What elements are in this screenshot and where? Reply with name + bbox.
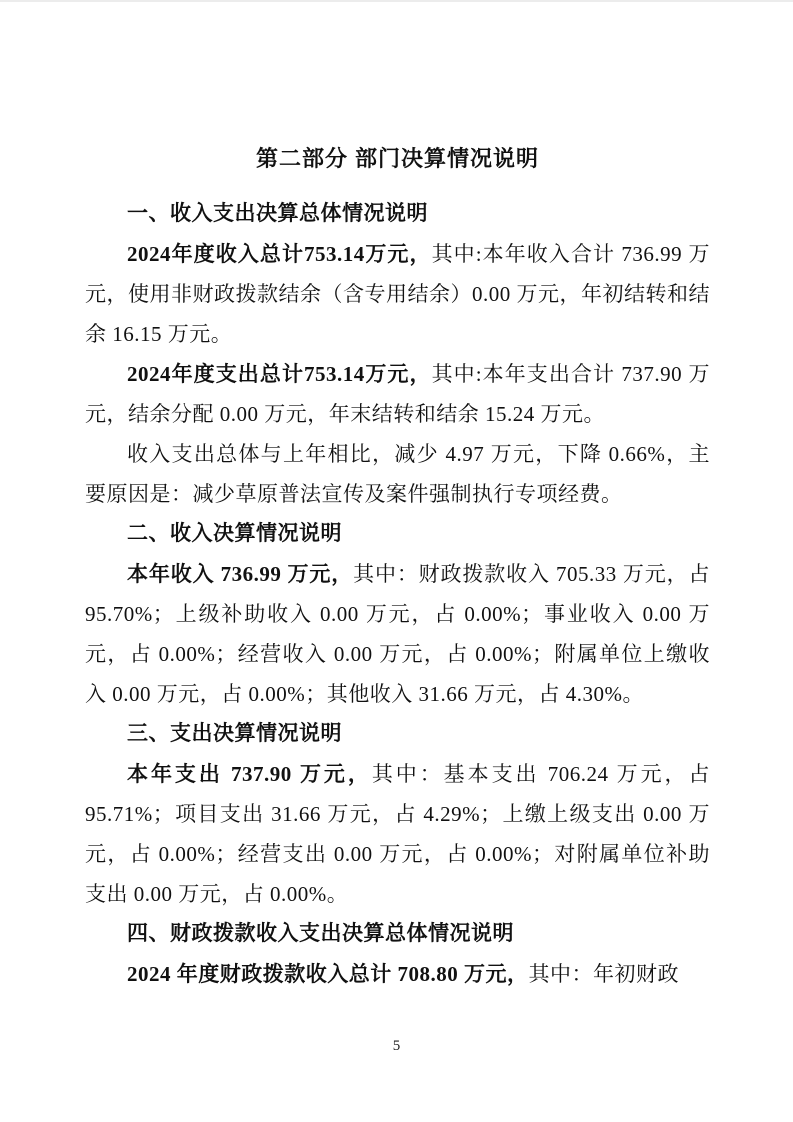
paragraph-bold-lead: 本年支出 737.90 万元，	[127, 762, 372, 786]
document-title: 第二部分 部门决算情况说明	[85, 146, 710, 172]
section-heading-4: 四、财政拨款收入支出决算总体情况说明	[85, 914, 710, 954]
paragraph-bold-lead: 本年收入 736.99 万元，	[127, 562, 353, 586]
section-heading-3: 三、支出决算情况说明	[85, 714, 710, 754]
paragraph-bold-lead: 2024年度收入总计753.14万元，	[127, 242, 432, 266]
paragraph-text: 其中：年初财政	[529, 962, 680, 986]
paragraph-bold-lead: 2024年度支出总计753.14万元，	[127, 362, 432, 386]
document-content: 第二部分 部门决算情况说明 一、收入支出决算总体情况说明 2024年度收入总计7…	[0, 2, 793, 994]
paragraph-fiscal-appropriation: 2024 年度财政拨款收入总计 708.80 万元，其中：年初财政	[85, 954, 710, 994]
paragraph-text: 收入支出总体与上年相比，减少 4.97 万元，下降 0.66%，主要原因是：减少…	[85, 442, 710, 506]
paragraph-income-detail: 本年收入 736.99 万元，其中：财政拨款收入 705.33 万元，占 95.…	[85, 554, 710, 714]
paragraph-expenditure-total: 2024年度支出总计753.14万元，其中:本年支出合计 737.90 万元，结…	[85, 354, 710, 434]
page-number: 5	[0, 1038, 793, 1054]
document-page: 第二部分 部门决算情况说明 一、收入支出决算总体情况说明 2024年度收入总计7…	[0, 0, 793, 1122]
paragraph-bold-lead: 2024 年度财政拨款收入总计 708.80 万元，	[127, 962, 529, 986]
paragraph-year-comparison: 收入支出总体与上年相比，减少 4.97 万元，下降 0.66%，主要原因是：减少…	[85, 434, 710, 514]
section-heading-2: 二、收入决算情况说明	[85, 514, 710, 554]
paragraph-income-expenditure-total: 2024年度收入总计753.14万元，其中:本年收入合计 736.99 万元，使…	[85, 234, 710, 354]
paragraph-expenditure-detail: 本年支出 737.90 万元，其中：基本支出 706.24 万元，占 95.71…	[85, 754, 710, 914]
section-heading-1: 一、收入支出决算总体情况说明	[85, 194, 710, 234]
